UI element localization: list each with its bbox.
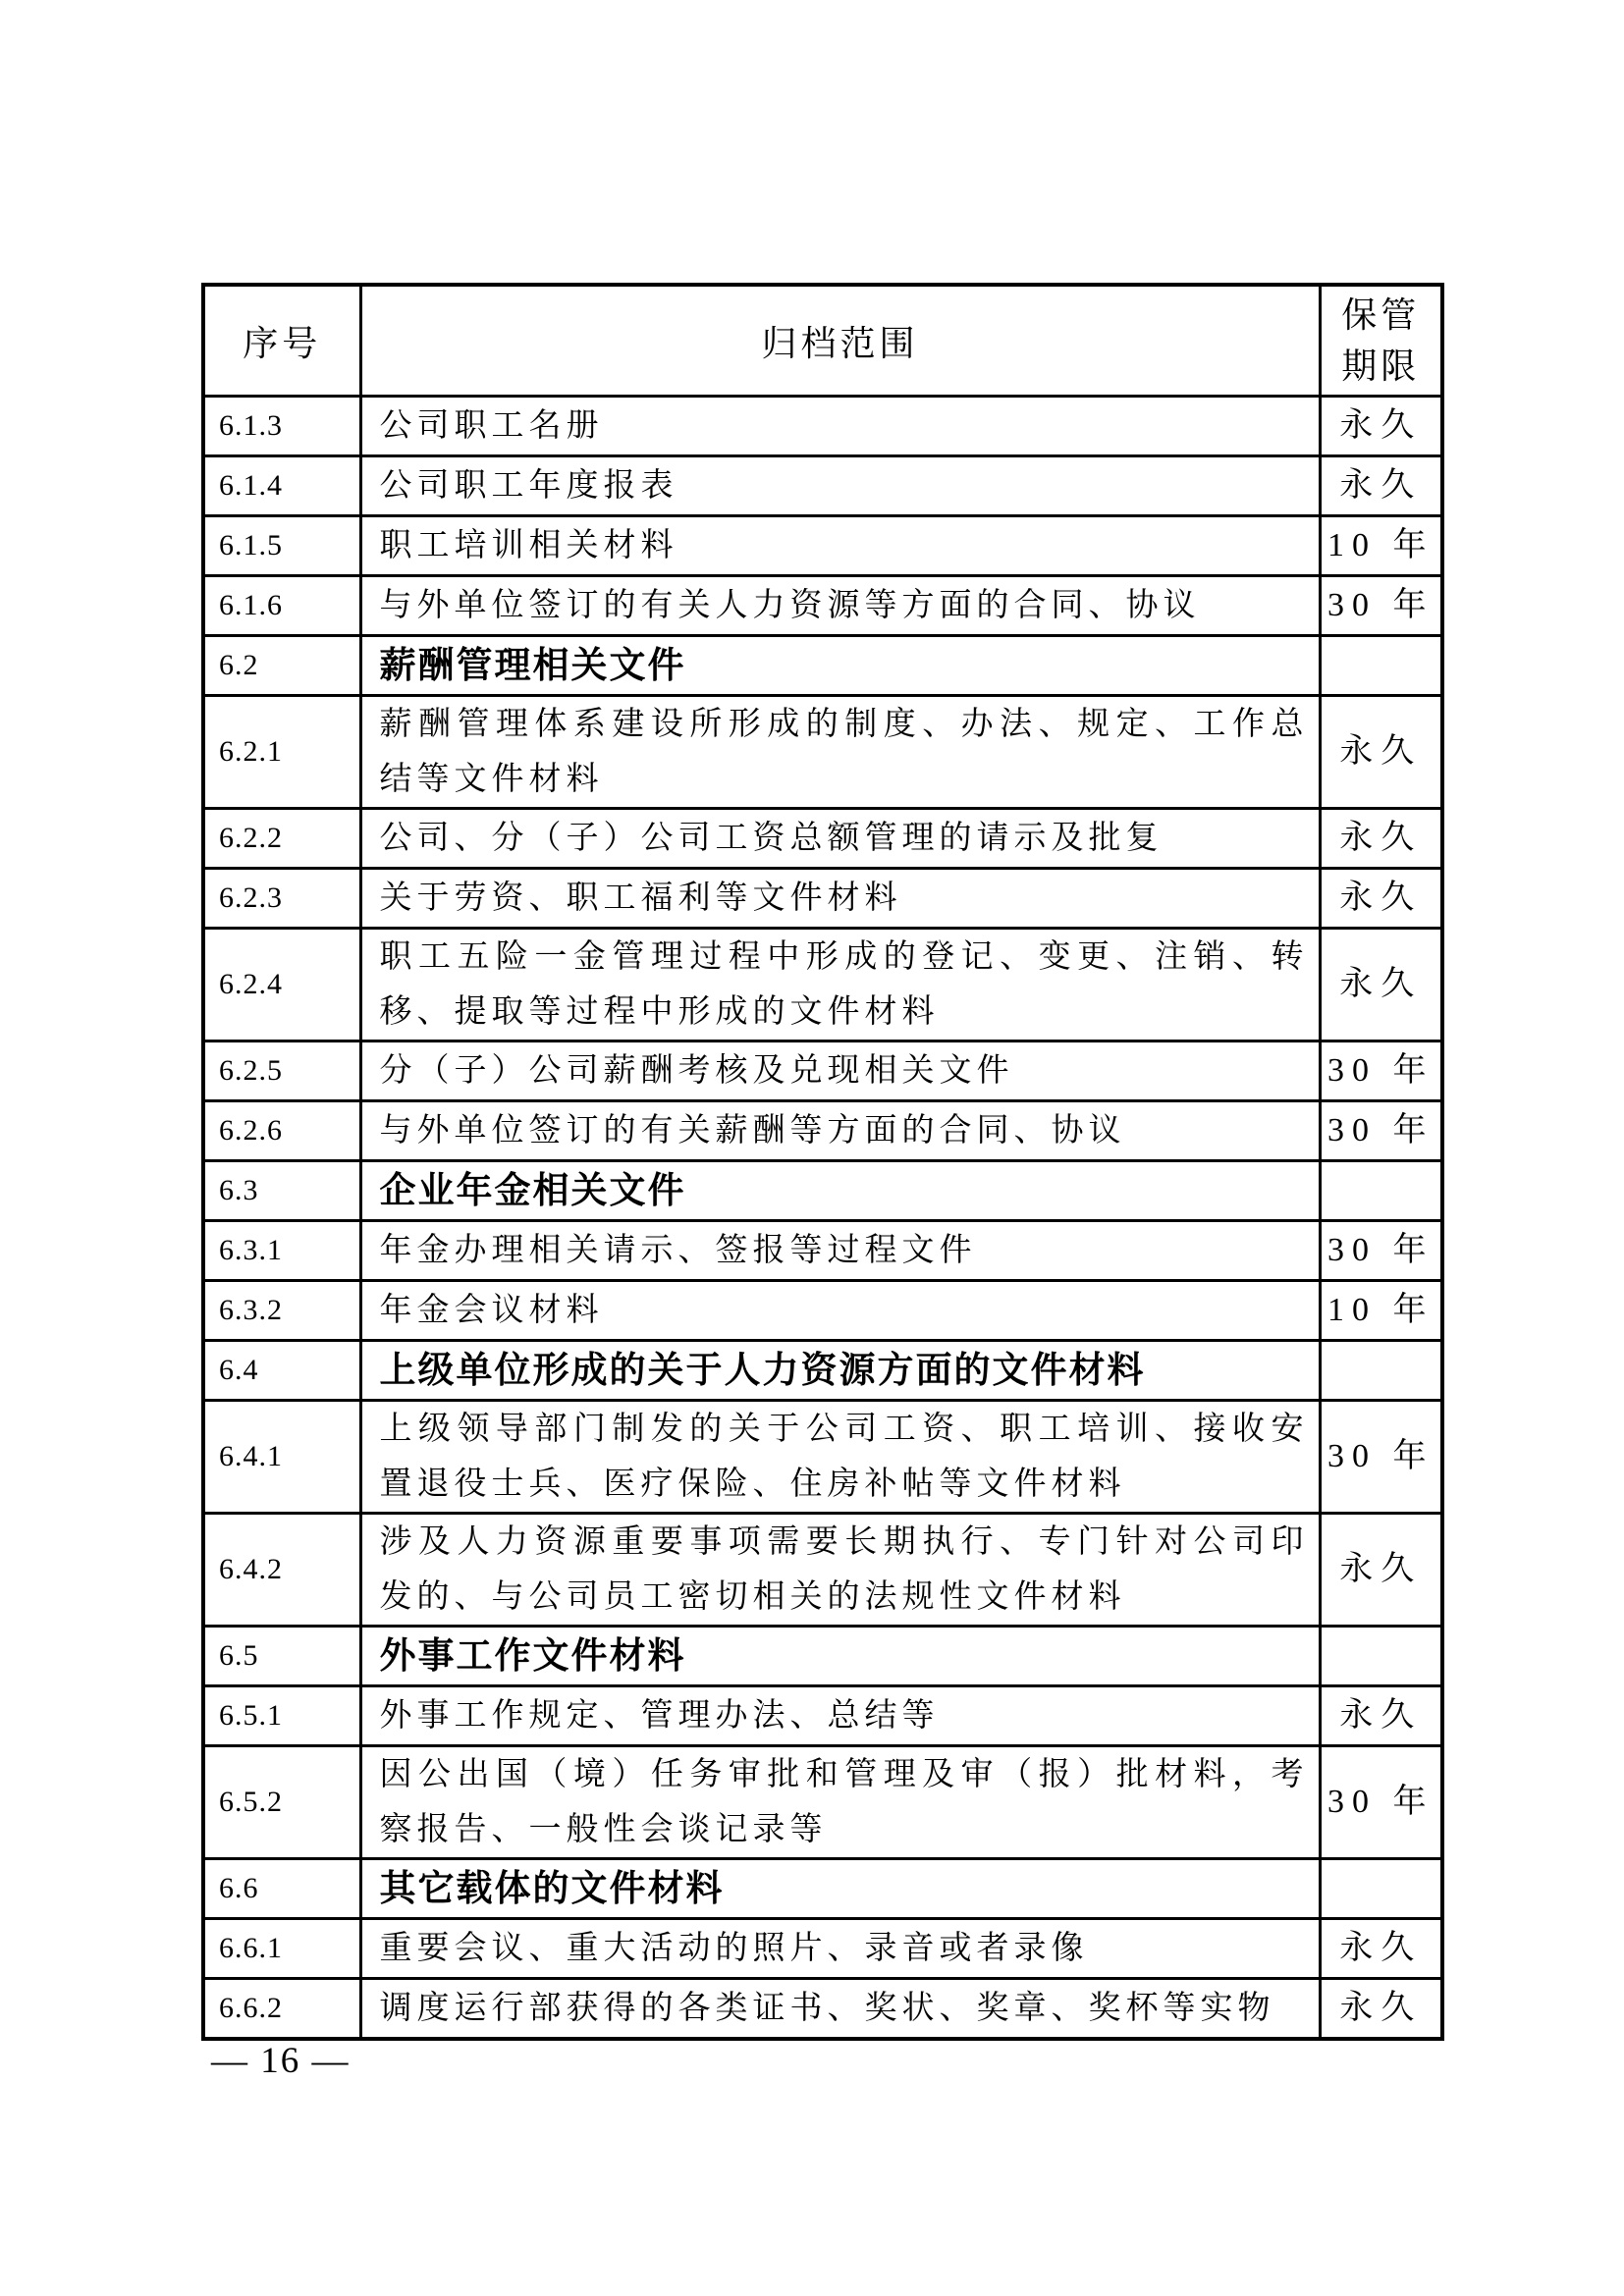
- page-number: — 16 —: [211, 2040, 351, 2082]
- archive-scope-cell: 其它载体的文件材料: [360, 1859, 1320, 1919]
- archive-scope-cell: 薪酬管理相关文件: [360, 636, 1320, 696]
- serial-number-cell: 6.3.1: [203, 1221, 360, 1281]
- archive-scope-cell: 上级单位形成的关于人力资源方面的文件材料: [360, 1341, 1320, 1401]
- table-row: 6.1.6 与外单位签订的有关人力资源等方面的合同、协议 30 年: [203, 576, 1442, 636]
- retention-period-cell: 永久: [1320, 696, 1442, 809]
- retention-period-cell: [1320, 1341, 1442, 1401]
- serial-number-cell: 6.1.6: [203, 576, 360, 636]
- serial-number-cell: 6.3: [203, 1161, 360, 1221]
- serial-number-cell: 6.5: [203, 1627, 360, 1686]
- table-row: 6.5.2 因公出国（境）任务审批和管理及审（报）批材料，考察报告、一般性会谈记…: [203, 1746, 1442, 1859]
- archive-scope-cell: 外事工作规定、管理办法、总结等: [360, 1686, 1320, 1746]
- archive-scope-cell: 与外单位签订的有关人力资源等方面的合同、协议: [360, 576, 1320, 636]
- archive-scope-cell: 关于劳资、职工福利等文件材料: [360, 869, 1320, 929]
- retention-period-cell: 永久: [1320, 456, 1442, 516]
- retention-period-cell: [1320, 636, 1442, 696]
- serial-number-cell: 6.2.1: [203, 696, 360, 809]
- serial-number-cell: 6.6.2: [203, 1979, 360, 2040]
- header-retention-line1: 保管: [1323, 290, 1440, 341]
- retention-period-cell: [1320, 1627, 1442, 1686]
- retention-period-cell: 永久: [1320, 397, 1442, 456]
- serial-number-cell: 6.2.2: [203, 809, 360, 869]
- retention-period-cell: [1320, 1161, 1442, 1221]
- archive-scope-cell: 年金会议材料: [360, 1281, 1320, 1341]
- retention-period-cell: 30 年: [1320, 1221, 1442, 1281]
- serial-number-cell: 6.5.2: [203, 1746, 360, 1859]
- table-row: 6.5.1 外事工作规定、管理办法、总结等 永久: [203, 1686, 1442, 1746]
- archive-scope-cell: 年金办理相关请示、签报等过程文件: [360, 1221, 1320, 1281]
- archive-scope-cell: 分（子）公司薪酬考核及兑现相关文件: [360, 1041, 1320, 1101]
- retention-period-cell: 永久: [1320, 1979, 1442, 2040]
- table-row: 6.1.5 职工培训相关材料 10 年: [203, 516, 1442, 576]
- retention-period-cell: 30 年: [1320, 1041, 1442, 1101]
- retention-period-cell: 永久: [1320, 1919, 1442, 1979]
- retention-period-cell: 永久: [1320, 869, 1442, 929]
- archive-scope-cell: 与外单位签订的有关薪酬等方面的合同、协议: [360, 1101, 1320, 1161]
- serial-number-cell: 6.1.3: [203, 397, 360, 456]
- serial-number-cell: 6.1.5: [203, 516, 360, 576]
- archive-scope-cell: 职工培训相关材料: [360, 516, 1320, 576]
- retention-period-cell: 30 年: [1320, 1401, 1442, 1514]
- table-row: 6.4.2 涉及人力资源重要事项需要长期执行、专门针对公司印发的、与公司员工密切…: [203, 1514, 1442, 1627]
- header-retention-line2: 期限: [1323, 341, 1440, 392]
- retention-period-cell: 永久: [1320, 929, 1442, 1041]
- serial-number-cell: 6.2.5: [203, 1041, 360, 1101]
- table-row: 6.6.2 调度运行部获得的各类证书、奖状、奖章、奖杯等实物 永久: [203, 1979, 1442, 2040]
- table-row: 6.3 企业年金相关文件: [203, 1161, 1442, 1221]
- serial-number-cell: 6.4.1: [203, 1401, 360, 1514]
- retention-period-cell: 30 年: [1320, 576, 1442, 636]
- archive-scope-cell: 涉及人力资源重要事项需要长期执行、专门针对公司印发的、与公司员工密切相关的法规性…: [360, 1514, 1320, 1627]
- archive-scope-cell: 因公出国（境）任务审批和管理及审（报）批材料，考察报告、一般性会谈记录等: [360, 1746, 1320, 1859]
- archive-scope-cell: 薪酬管理体系建设所形成的制度、办法、规定、工作总结等文件材料: [360, 696, 1320, 809]
- archive-scope-cell: 企业年金相关文件: [360, 1161, 1320, 1221]
- retention-period-cell: 30 年: [1320, 1746, 1442, 1859]
- archive-scope-cell: 公司职工年度报表: [360, 456, 1320, 516]
- retention-period-cell: 永久: [1320, 809, 1442, 869]
- serial-number-cell: 6.4.2: [203, 1514, 360, 1627]
- retention-period-cell: 10 年: [1320, 1281, 1442, 1341]
- serial-number-cell: 6.5.1: [203, 1686, 360, 1746]
- table-row: 6.2.2 公司、分（子）公司工资总额管理的请示及批复 永久: [203, 809, 1442, 869]
- serial-number-cell: 6.4: [203, 1341, 360, 1401]
- table-row: 6.1.4 公司职工年度报表 永久: [203, 456, 1442, 516]
- table-row: 6.4 上级单位形成的关于人力资源方面的文件材料: [203, 1341, 1442, 1401]
- header-serial-number: 序号: [203, 285, 360, 397]
- retention-period-cell: 永久: [1320, 1686, 1442, 1746]
- serial-number-cell: 6.6.1: [203, 1919, 360, 1979]
- table-row: 6.3.2 年金会议材料 10 年: [203, 1281, 1442, 1341]
- table-row: 6.6.1 重要会议、重大活动的照片、录音或者录像 永久: [203, 1919, 1442, 1979]
- serial-number-cell: 6.3.2: [203, 1281, 360, 1341]
- archive-scope-cell: 公司、分（子）公司工资总额管理的请示及批复: [360, 809, 1320, 869]
- serial-number-cell: 6.6: [203, 1859, 360, 1919]
- serial-number-cell: 6.2.4: [203, 929, 360, 1041]
- header-archive-scope: 归档范围: [360, 285, 1320, 397]
- serial-number-cell: 6.2.6: [203, 1101, 360, 1161]
- retention-period-cell: 30 年: [1320, 1101, 1442, 1161]
- table-row: 6.2.1 薪酬管理体系建设所形成的制度、办法、规定、工作总结等文件材料 永久: [203, 696, 1442, 809]
- archive-scope-cell: 重要会议、重大活动的照片、录音或者录像: [360, 1919, 1320, 1979]
- retention-period-cell: [1320, 1859, 1442, 1919]
- archive-scope-table: 序号 归档范围 保管 期限 6.1.3 公司职工名册 永久 6.1.4 公司职工…: [201, 283, 1444, 2041]
- table-header-row: 序号 归档范围 保管 期限: [203, 285, 1442, 397]
- archive-scope-cell: 职工五险一金管理过程中形成的登记、变更、注销、转移、提取等过程中形成的文件材料: [360, 929, 1320, 1041]
- serial-number-cell: 6.1.4: [203, 456, 360, 516]
- table-row: 6.2.3 关于劳资、职工福利等文件材料 永久: [203, 869, 1442, 929]
- archive-scope-cell: 上级领导部门制发的关于公司工资、职工培训、接收安置退役士兵、医疗保险、住房补帖等…: [360, 1401, 1320, 1514]
- serial-number-cell: 6.2: [203, 636, 360, 696]
- archive-scope-cell: 调度运行部获得的各类证书、奖状、奖章、奖杯等实物: [360, 1979, 1320, 2040]
- table-row: 6.5 外事工作文件材料: [203, 1627, 1442, 1686]
- table-row: 6.2 薪酬管理相关文件: [203, 636, 1442, 696]
- table-row: 6.4.1 上级领导部门制发的关于公司工资、职工培训、接收安置退役士兵、医疗保险…: [203, 1401, 1442, 1514]
- document-page: 序号 归档范围 保管 期限 6.1.3 公司职工名册 永久 6.1.4 公司职工…: [0, 0, 1624, 2296]
- table-row: 6.2.4 职工五险一金管理过程中形成的登记、变更、注销、转移、提取等过程中形成…: [203, 929, 1442, 1041]
- retention-period-cell: 10 年: [1320, 516, 1442, 576]
- serial-number-cell: 6.2.3: [203, 869, 360, 929]
- table-row: 6.2.5 分（子）公司薪酬考核及兑现相关文件 30 年: [203, 1041, 1442, 1101]
- table-row: 6.1.3 公司职工名册 永久: [203, 397, 1442, 456]
- retention-period-cell: 永久: [1320, 1514, 1442, 1627]
- archive-scope-cell: 外事工作文件材料: [360, 1627, 1320, 1686]
- header-retention-period: 保管 期限: [1320, 285, 1442, 397]
- table-row: 6.3.1 年金办理相关请示、签报等过程文件 30 年: [203, 1221, 1442, 1281]
- table-row: 6.2.6 与外单位签订的有关薪酬等方面的合同、协议 30 年: [203, 1101, 1442, 1161]
- archive-scope-cell: 公司职工名册: [360, 397, 1320, 456]
- table-row: 6.6 其它载体的文件材料: [203, 1859, 1442, 1919]
